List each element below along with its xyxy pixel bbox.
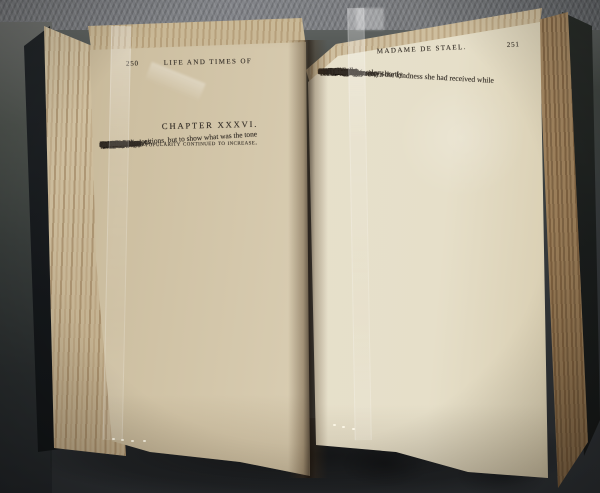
photo-vignette (0, 0, 600, 493)
book-photo: 250 LIFE AND TIMES OF CHAPTER XXXVI. Bon… (0, 0, 600, 493)
